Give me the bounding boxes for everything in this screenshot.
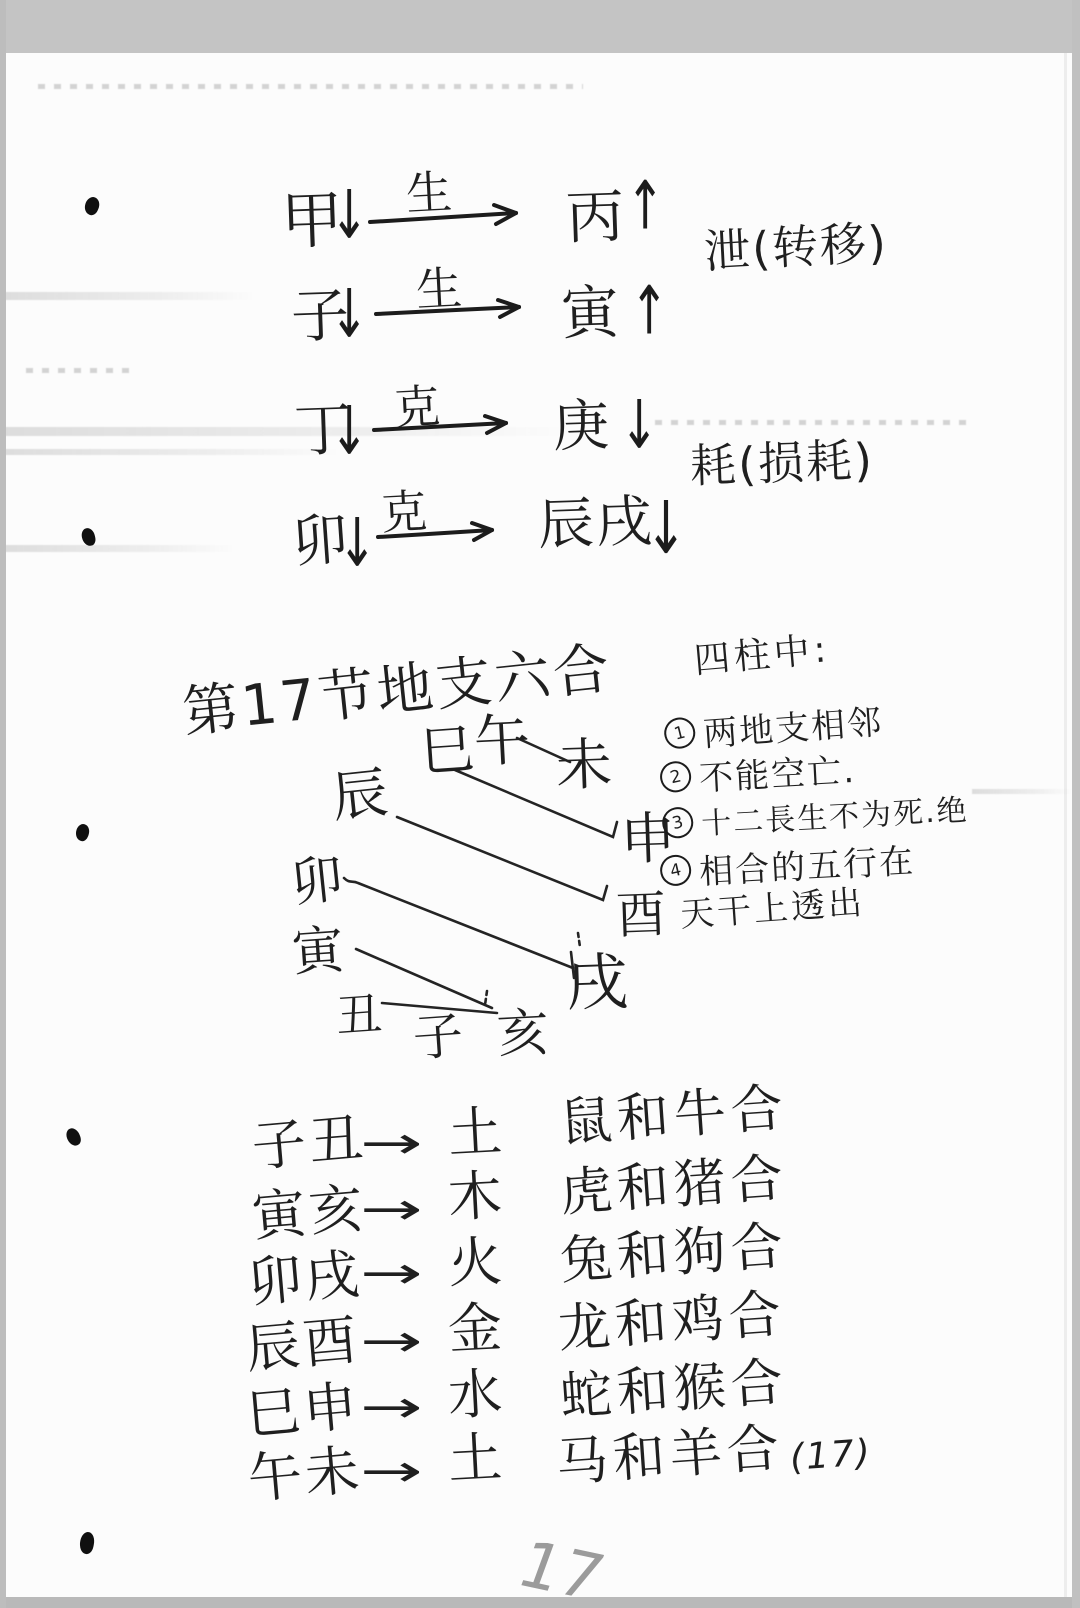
- combo-element-2: 木: [447, 1169, 504, 1226]
- combo-element-1: 土: [447, 1105, 504, 1162]
- relation-arrow-row3: [372, 410, 524, 440]
- up-arrow-row1-target: ↑: [626, 172, 665, 239]
- down-arrow-row4-source: ↓: [338, 509, 377, 576]
- combo-arrow-4: →: [360, 1320, 423, 1364]
- down-arrow-row2-source: ↓: [330, 280, 369, 347]
- annotation-xie: 泄(转移): [703, 219, 889, 275]
- annotation-hao: 耗(损耗): [689, 437, 874, 489]
- branch-you: 酉: [615, 889, 667, 941]
- branch-zi: 子: [411, 1010, 464, 1063]
- combo-arrow-6: →: [360, 1450, 423, 1494]
- combo-element-3: 火: [447, 1235, 504, 1292]
- down-arrow-row3-source: ↓: [330, 397, 369, 464]
- branch-chou: 丑: [334, 990, 383, 1039]
- page-number: (17): [789, 1435, 873, 1477]
- relation-arrow-row4: [376, 518, 508, 546]
- branch-wei: 未: [555, 737, 613, 795]
- combo-pair-5: 巳申: [244, 1379, 362, 1443]
- relation-arrow-row2: [374, 294, 538, 324]
- page-edge-shadow: [1064, 53, 1067, 1597]
- combo-element-6: 土: [447, 1431, 504, 1488]
- branch-wu: 午: [473, 713, 532, 772]
- zodiac-pair-1: 鼠和牛合: [558, 1082, 789, 1150]
- combo-arrow-3: →: [360, 1252, 423, 1296]
- branch-xu: 戌: [565, 951, 629, 1015]
- down-arrow-row3-target: ↓: [620, 391, 659, 458]
- combo-element-4: 金: [447, 1301, 504, 1358]
- zodiac-pair-4: 龙和鸡合: [556, 1288, 787, 1356]
- combo-pair-4: 辰酉: [244, 1313, 362, 1377]
- zodiac-pair-6: 马和羊合: [554, 1422, 785, 1490]
- scanner-edge-left: [0, 0, 6, 1608]
- branch-yin: 寅: [290, 924, 346, 980]
- combo-pair-2: 寅亥: [250, 1181, 368, 1245]
- scanned-notebook-page: 甲 ↓ 生 丙 ↑ 泄(转移) 子 ↓ 生 寅 ↑ 丁 ↓ 克 庚 ↓ 耗(损耗…: [0, 0, 1080, 1608]
- branch-si: 巳: [418, 722, 476, 780]
- target-char-row3: 庚: [552, 398, 610, 456]
- target-chars-row4: 辰戌: [537, 494, 655, 554]
- relation-arrow-row1: [368, 198, 538, 230]
- circled-number-3: 3: [659, 804, 696, 841]
- circled-number-2: 2: [657, 758, 694, 795]
- down-arrow-row1-source: ↓: [330, 181, 369, 248]
- branch-hai: 亥: [496, 1007, 551, 1062]
- combo-pair-3: 卯戌: [246, 1247, 364, 1311]
- scanner-edge-bottom: [0, 1597, 1080, 1608]
- zodiac-pair-2: 虎和猪合: [558, 1152, 789, 1220]
- scanner-edge-right: [1072, 0, 1080, 1608]
- target-char-row2: 寅: [560, 283, 620, 343]
- combo-element-5: 水: [447, 1367, 504, 1424]
- combo-pair-1: 子丑: [250, 1111, 368, 1175]
- zodiac-pair-5: 蛇和猴合: [558, 1356, 789, 1424]
- up-arrow-row2-target: ↑: [630, 277, 669, 344]
- down-arrow-row4-target: ↓: [645, 492, 687, 565]
- scanner-edge-top: [0, 0, 1080, 53]
- circled-number-4: 4: [657, 852, 694, 889]
- combo-arrow-5: →: [360, 1386, 423, 1430]
- combo-arrow-2: →: [360, 1188, 423, 1232]
- combo-pair-6: 午未: [246, 1443, 364, 1507]
- circled-number-1: 1: [661, 714, 699, 752]
- branch-mao: 卯: [288, 853, 345, 910]
- branch-chen: 辰: [329, 765, 391, 827]
- combo-arrow-1: →: [360, 1122, 423, 1166]
- target-char-row1: 丙: [565, 187, 625, 247]
- zodiac-pair-3: 兔和狗合: [558, 1220, 789, 1288]
